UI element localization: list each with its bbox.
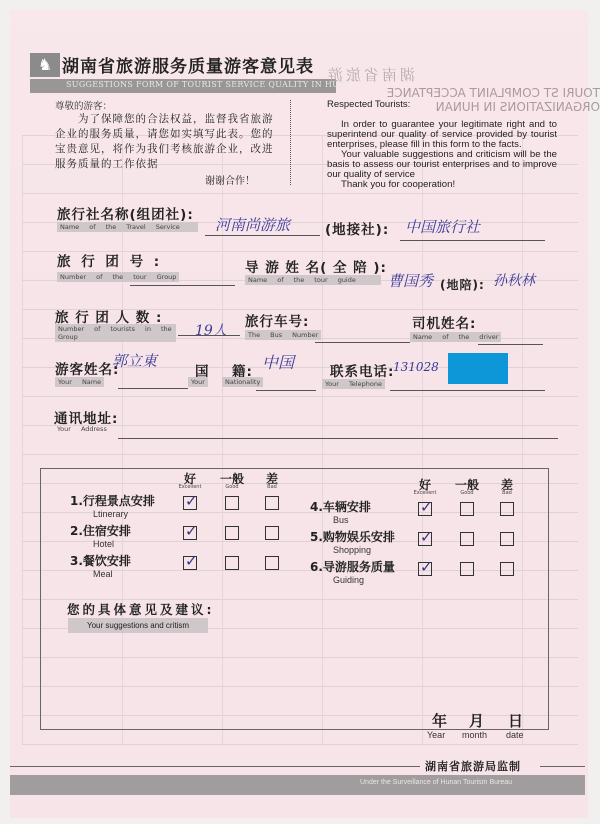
- month-label: 月: [469, 710, 484, 731]
- telephone-underline: [390, 390, 545, 391]
- travel-service-label: 旅行社名称(组团社):: [57, 203, 194, 223]
- rating-item-label: 3.餐饮安排: [70, 552, 131, 569]
- suggestions-label: 您的具体意见及建议:: [67, 600, 215, 618]
- group-size-value[interactable]: 19人: [195, 320, 227, 340]
- bus-number-label: 旅行车号:: [245, 310, 309, 330]
- guide-name-label-en: Name of the tour guide: [245, 275, 381, 285]
- rating-header-en-good: Good: [454, 490, 480, 496]
- tourist-name-label: 游客姓名:: [55, 358, 119, 378]
- thanks-cn: 谢谢合作！: [205, 172, 255, 187]
- driver-name-underline[interactable]: [478, 344, 543, 345]
- rating-item-label-en: Hotel: [93, 539, 114, 549]
- group-number-label: 旅 行 团 号 :: [57, 250, 160, 270]
- group-number-underline[interactable]: [130, 285, 235, 286]
- travel-service-underline: [205, 235, 320, 236]
- rating-checkbox-good[interactable]: [460, 562, 474, 576]
- rating-header-en-excellent: Excellent: [177, 484, 203, 490]
- rating-checkbox-good[interactable]: [225, 526, 239, 540]
- driver-name-label-en: Name of the driver: [410, 332, 501, 342]
- year-label-en: Year: [427, 730, 445, 740]
- group-size-label-en: Number of tourists in the Group: [55, 324, 176, 342]
- rating-checkbox-good[interactable]: [460, 502, 474, 516]
- travel-service-label-en: Name of the Travel Service: [57, 222, 198, 232]
- nationality-label-en-2: Nationality: [222, 377, 263, 387]
- group-size-label: 旅 行 团 人 数 :: [55, 306, 162, 326]
- month-label-en: month: [462, 730, 487, 740]
- rating-checkbox-excellent[interactable]: ✓: [418, 502, 432, 516]
- rating-header-en-bad: Bad: [494, 490, 520, 496]
- rating-item-label: 4.车辆安排: [310, 498, 371, 515]
- rating-checkbox-bad[interactable]: [500, 532, 514, 546]
- rating-item-label: 6.导游服务质量: [310, 558, 395, 575]
- rating-checkbox-excellent[interactable]: ✓: [418, 562, 432, 576]
- driver-name-label: 司机姓名:: [412, 312, 476, 332]
- checkmark-icon: ✓: [420, 528, 433, 546]
- rating-item-label-en: Bus: [333, 515, 349, 525]
- address-underline[interactable]: [118, 438, 558, 439]
- intro-body-cn-text: 为了保障您的合法权益，监督我省旅游企业的服务质量，请您如实填写此表。您的宝贵意见…: [55, 113, 274, 170]
- nationality-underline: [256, 390, 316, 391]
- intro-body-en: In order to guarantee your legitimate ri…: [327, 110, 557, 190]
- rating-header-en-excellent: Excellent: [412, 490, 438, 496]
- rating-checkbox-excellent[interactable]: ✓: [183, 556, 197, 570]
- day-label: 日: [508, 710, 523, 731]
- rating-checkbox-bad[interactable]: [500, 502, 514, 516]
- tourist-name-label-en: Your Name: [55, 377, 104, 387]
- rating-item-label: 1.行程景点安排: [70, 492, 155, 509]
- rating-checkbox-excellent[interactable]: ✓: [418, 532, 432, 546]
- rating-item-label-en: Guiding: [333, 575, 364, 585]
- greeting-cn: 尊敬的游客：: [55, 98, 112, 112]
- rating-item-label: 2.住宿安排: [70, 522, 131, 539]
- form-title: 湖南省旅游服务质量游客意见表: [62, 52, 314, 77]
- bleed-through-title: 湖南省旅游: [325, 64, 415, 85]
- intro-en-para-2: Your valuable suggestions and criticism …: [327, 150, 557, 180]
- checkmark-icon: ✓: [420, 558, 433, 576]
- travel-service-value[interactable]: 河南尚游旅: [215, 214, 290, 235]
- rating-checkbox-bad[interactable]: [265, 556, 279, 570]
- telephone-redaction: [448, 353, 508, 384]
- rating-item-label-en: Ltinerary: [93, 509, 128, 519]
- local-agency-label: (地接社):: [325, 218, 389, 238]
- nationality-label-en-1: Your: [188, 377, 208, 387]
- group-number-label-en: Number of the tour Group: [57, 272, 179, 282]
- bus-number-label-en: The Bus Number: [245, 330, 321, 340]
- address-label-en: Your Address: [54, 424, 110, 434]
- suggestions-area[interactable]: [60, 640, 530, 710]
- guide-name-label: 导 游 姓 名( 全 陪 ):: [245, 256, 387, 276]
- rating-checkbox-excellent[interactable]: ✓: [183, 526, 197, 540]
- local-agency-underline: [400, 240, 545, 241]
- telephone-value[interactable]: 131028: [393, 360, 439, 374]
- checkmark-icon: ✓: [185, 522, 198, 540]
- tourist-name-underline: [118, 388, 188, 389]
- horse-logo-icon: ♞: [30, 53, 60, 77]
- rating-checkbox-bad[interactable]: [265, 526, 279, 540]
- rating-checkbox-good[interactable]: [225, 496, 239, 510]
- footer-issuer-en: Under the Surveillance of Hunan Tourism …: [360, 779, 512, 786]
- telephone-label: 联系电话:: [330, 360, 394, 380]
- footer-issuer: 湖南省旅游局监制: [425, 758, 521, 774]
- rating-checkbox-good[interactable]: [460, 532, 474, 546]
- rating-header-en-good: Good: [219, 484, 245, 490]
- checkmark-icon: ✓: [185, 492, 198, 510]
- rating-item-label-en: Meal: [93, 569, 113, 579]
- tourist-name-value[interactable]: 郭立東: [112, 350, 157, 371]
- rating-item-label: 5.购物娱乐安排: [310, 528, 395, 545]
- thanks-en: Thank you for cooperation!: [327, 180, 557, 190]
- year-label: 年: [432, 710, 447, 731]
- rating-checkbox-bad[interactable]: [265, 496, 279, 510]
- checkmark-icon: ✓: [185, 552, 198, 570]
- local-agency-value[interactable]: 中国旅行社: [405, 216, 480, 237]
- group-size-underline: [178, 335, 240, 336]
- day-label-en: date: [506, 730, 524, 740]
- rating-checkbox-excellent[interactable]: ✓: [183, 496, 197, 510]
- rating-header-en-bad: Bad: [259, 484, 285, 490]
- greeting-en: Respected Tourists:: [327, 99, 410, 110]
- telephone-label-en: Your Telephone: [322, 379, 385, 389]
- intro-body-cn: 为了保障您的合法权益，监督我省旅游企业的服务质量，请您如实填写此表。您的宝贵意见…: [55, 112, 275, 172]
- checkmark-icon: ✓: [420, 498, 433, 516]
- bus-number-underline[interactable]: [315, 342, 410, 343]
- suggestions-label-en: Your suggestions and critism: [68, 618, 208, 633]
- footer-rule-right: [540, 766, 585, 767]
- local-guide-value[interactable]: 孙秋林: [493, 270, 535, 290]
- rating-checkbox-bad[interactable]: [500, 562, 514, 576]
- intro-en-para-1: In order to guarantee your legitimate ri…: [327, 120, 557, 150]
- rating-checkbox-good[interactable]: [225, 556, 239, 570]
- footer-rule-left: [10, 766, 420, 767]
- rating-item-label-en: Shopping: [333, 545, 371, 555]
- dotted-divider: [290, 100, 291, 185]
- guide-name-value[interactable]: 曹国秀: [388, 270, 433, 291]
- nationality-value[interactable]: 中国: [262, 350, 294, 373]
- local-guide-label: (地陪):: [440, 276, 485, 293]
